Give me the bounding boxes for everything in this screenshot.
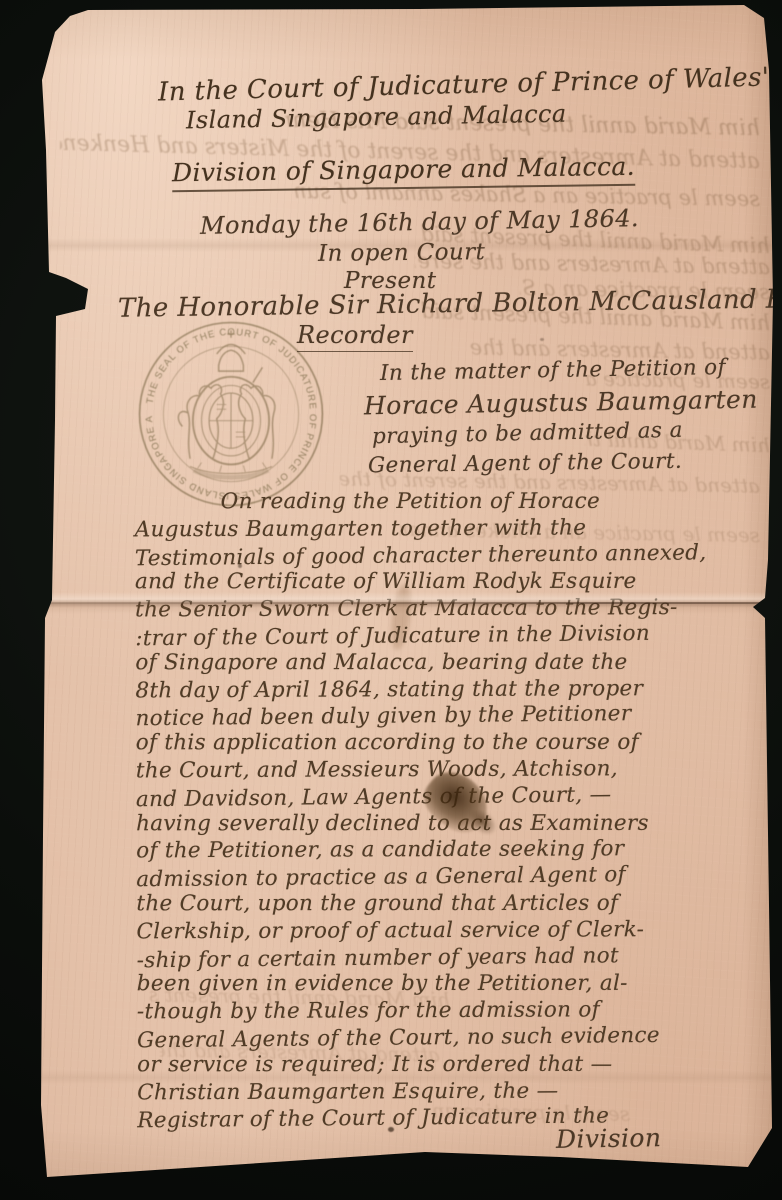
fly-speck bbox=[388, 1127, 394, 1132]
manuscript-content: In the Court of Judicature of Prince of … bbox=[0, 0, 782, 1200]
scan-background: him Marid annil the present said Mis Hen… bbox=[0, 0, 782, 1200]
heading-judge-line: The Honorable Sir Richard Bolton McCausl… bbox=[118, 284, 782, 323]
heading-session-line: In open Court bbox=[318, 239, 485, 267]
heading-recorder-line: Recorder bbox=[297, 321, 413, 349]
manuscript-line: or service is required; It is ordered th… bbox=[137, 1051, 767, 1078]
manuscript-line: General Agents of the Court, no such evi… bbox=[137, 1022, 767, 1055]
fly-speck bbox=[238, 564, 242, 568]
manuscript-line: Registrar of the Court of Judicature in … bbox=[137, 1102, 767, 1135]
petition-line-4: General Agent of the Court. bbox=[368, 449, 683, 478]
petition-line-3: praying to be admitted as a bbox=[372, 418, 683, 450]
heading-division-line: Division of Singapore and Malacca. bbox=[172, 152, 635, 187]
manuscript-line: been given in evidence by the Petitioner… bbox=[137, 971, 767, 998]
manuscript-line: and the Certificate of William Rodyk Esq… bbox=[135, 569, 765, 596]
manuscript-line: :trar of the Court of Judicature in the … bbox=[135, 620, 765, 653]
manuscript-line: On reading the Petition of Horace bbox=[135, 489, 765, 516]
catchword-division: Division bbox=[556, 1123, 662, 1154]
manuscript-line: Augustus Baumgarten together with the bbox=[135, 514, 765, 544]
manuscript-line: of Singapore and Malacca, bearing date t… bbox=[135, 650, 765, 677]
document-page: him Marid annil the present said Mis Hen… bbox=[0, 0, 782, 1200]
petition-line-2: Horace Augustus Baumgarten bbox=[364, 385, 758, 421]
manuscript-line: the Court, upon the ground that Articles… bbox=[136, 891, 766, 918]
petition-line-1: In the matter of the Petition of bbox=[380, 355, 726, 386]
fly-speck bbox=[540, 338, 544, 341]
manuscript-line: of this application according to the cou… bbox=[136, 730, 766, 757]
manuscript-line: Testimonials of good character thereunto… bbox=[135, 539, 765, 572]
manuscript-line: admission to practice as a General Agent… bbox=[136, 861, 766, 894]
manuscript-line: -ship for a certain number of years had … bbox=[137, 941, 767, 974]
manuscript-line: Clerkship, or proof of actual service of… bbox=[136, 916, 766, 946]
heading-date-line: Monday the 16th day of May 1864. bbox=[200, 204, 639, 240]
heading-island-line: Island Singapore and Malacca bbox=[186, 100, 567, 135]
manuscript-line: notice had been duly given by the Petiti… bbox=[135, 700, 765, 733]
